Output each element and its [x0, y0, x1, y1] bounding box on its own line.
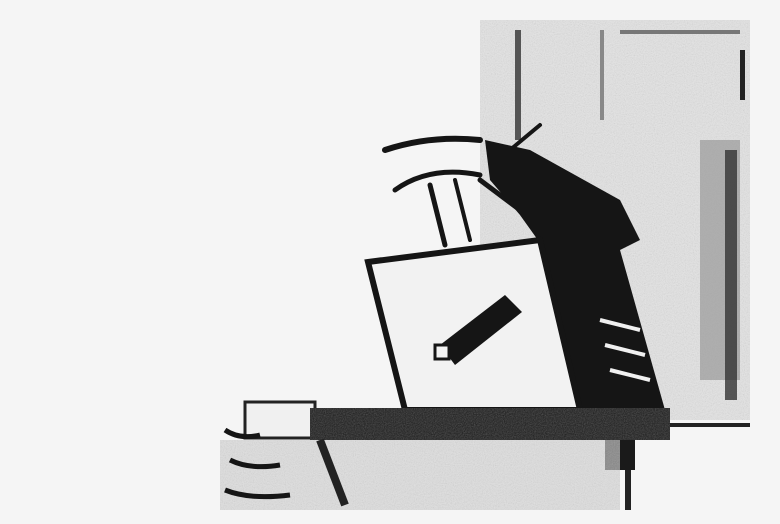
- photo-illustration: [0, 0, 780, 524]
- white-board: [368, 240, 580, 410]
- photo-canvas: [0, 0, 780, 524]
- lower-ledge: [220, 430, 620, 510]
